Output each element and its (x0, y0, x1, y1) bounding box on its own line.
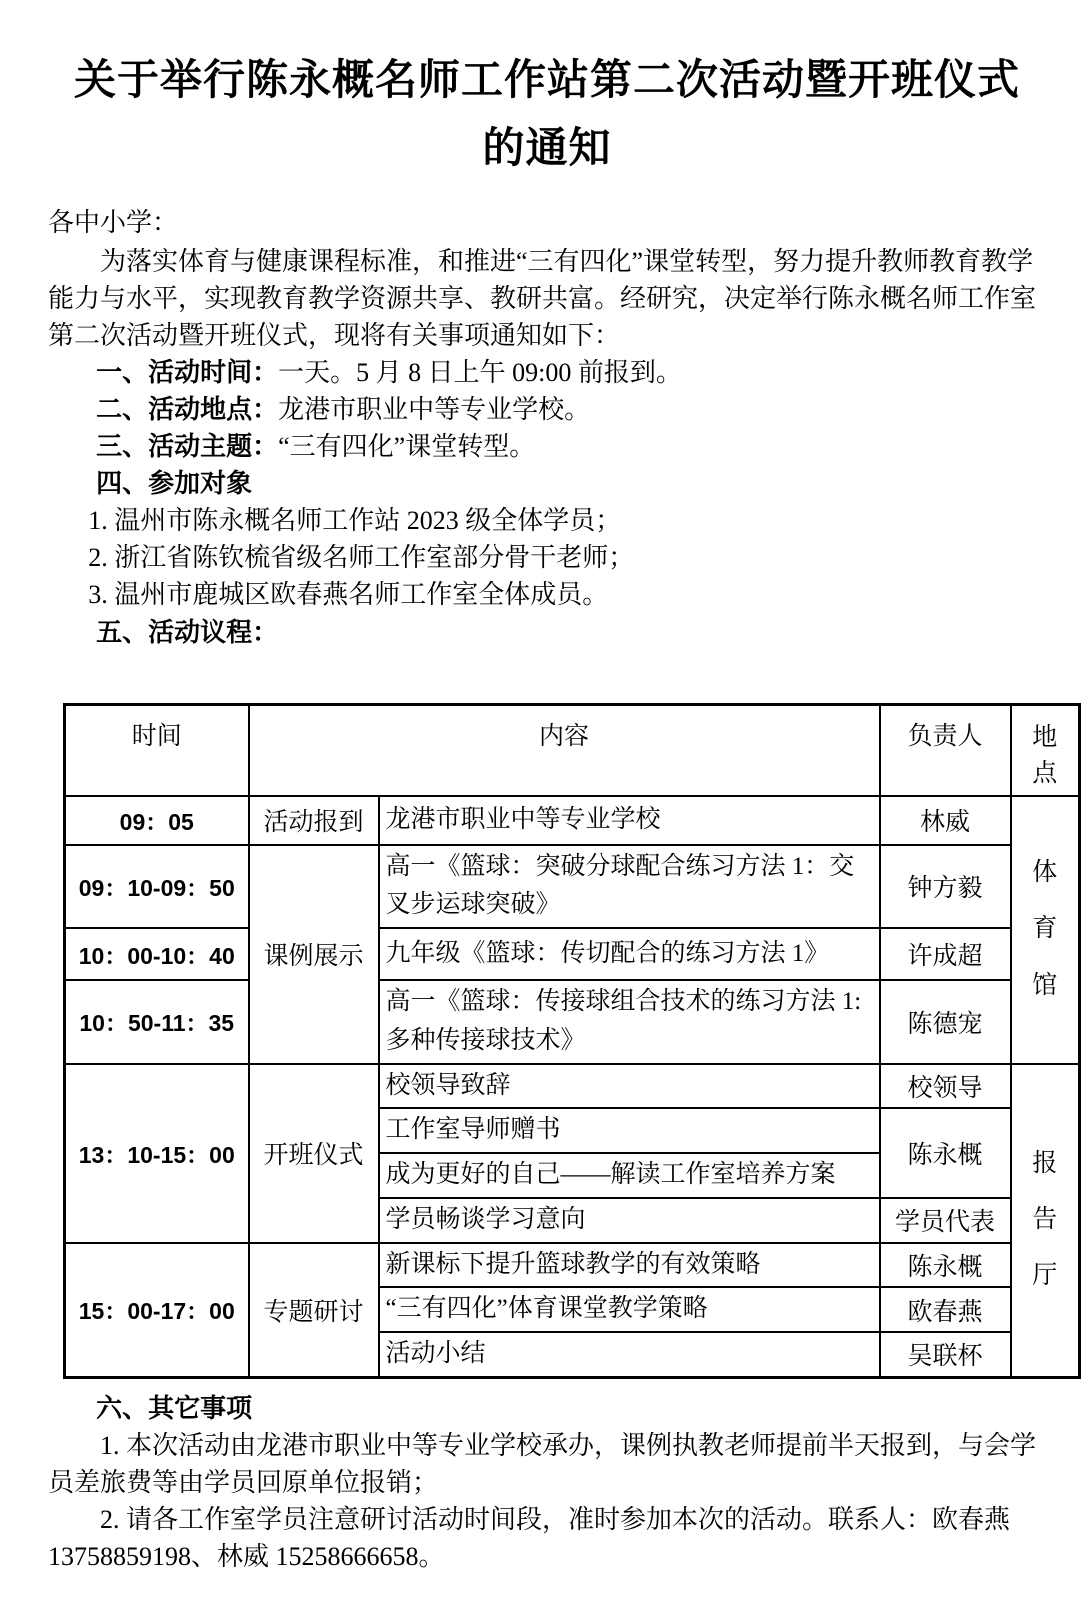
cell-content: 学员畅谈学习意向 (379, 1198, 880, 1243)
cell-content: “三有四化”体育课堂教学策略 (379, 1287, 880, 1332)
item-activity-time-text: 一天。5 月 8 日上午 09:00 前报到。 (278, 358, 682, 387)
cell-content: 高一《篮球：突破分球配合练习方法 1：交叉步运球突破》 (379, 845, 880, 929)
participant-line-1: 1. 温州市陈永概名师工作站 2023 级全体学员； (48, 502, 1046, 539)
cell-person: 学员代表 (880, 1198, 1011, 1243)
cell-person: 陈永概 (880, 1108, 1011, 1198)
table-row: 10：50-11：35 高一《篮球：传接球组合技术的练习方法 1:多种传接球技术… (65, 980, 1080, 1064)
cell-content: 活动小结 (379, 1332, 880, 1377)
cell-activity-type: 专题研讨 (249, 1243, 379, 1378)
item-activity-place-label: 二、活动地点： (96, 394, 278, 424)
table-header-row: 时间 内容 负责人 地点 (65, 705, 1080, 796)
table-row: 09：05 活动报到 龙港市职业中等专业学校 林威 体育馆 (65, 796, 1080, 845)
header-place: 地点 (1011, 705, 1080, 796)
cell-activity-type: 课例展示 (249, 845, 379, 1064)
cell-activity-type: 开班仪式 (249, 1064, 379, 1243)
notice-document: 关于举行陈永概名师工作站第二次活动暨开班仪式 的通知 各中小学： 为落实体育与健… (0, 0, 1092, 1605)
cell-time: 10：00-10：40 (65, 928, 249, 980)
item-activity-theme: 三、活动主题：“三有四化”课堂转型。 (48, 428, 1046, 465)
header-time: 时间 (65, 705, 249, 796)
cell-content: 校领导致辞 (379, 1064, 880, 1109)
cell-content: 九年级《篮球：传切配合的练习方法 1》 (379, 928, 880, 980)
agenda-table: 时间 内容 负责人 地点 09：05 活动报到 龙港市职业中等专业学校 林威 体… (63, 703, 1081, 1379)
cell-person: 校领导 (880, 1064, 1011, 1109)
table-row: 15：00-17：00 专题研讨 新课标下提升篮球教学的有效策略 陈永概 (65, 1243, 1080, 1288)
header-person: 负责人 (880, 705, 1011, 796)
item-activity-place: 二、活动地点：龙港市职业中等专业学校。 (48, 391, 1046, 428)
agenda-heading: 五、活动议程： (48, 613, 1046, 651)
participant-line-3: 3. 温州市鹿城区欧春燕名师工作室全体成员。 (48, 576, 1046, 613)
cell-person: 林威 (880, 796, 1011, 845)
header-content: 内容 (249, 705, 880, 796)
cell-content: 新课标下提升篮球教学的有效策略 (379, 1243, 880, 1288)
item-participants-heading-label: 四、参加对象 (96, 468, 252, 498)
table-row: 10：00-10：40 九年级《篮球：传切配合的练习方法 1》 许成超 (65, 928, 1080, 980)
other-matters-heading: 六、其它事项 (48, 1389, 1046, 1427)
item-activity-theme-text: “三有四化”课堂转型。 (278, 432, 535, 461)
table-row: 09：10-09：50 课例展示 高一《篮球：突破分球配合练习方法 1：交叉步运… (65, 845, 1080, 929)
cell-person: 钟方毅 (880, 845, 1011, 929)
cell-content: 工作室导师赠书 (379, 1108, 880, 1153)
cell-time: 09：05 (65, 796, 249, 845)
cell-person: 吴联杯 (880, 1332, 1011, 1377)
item-participants-heading: 四、参加对象 (48, 465, 1046, 502)
cell-person: 欧春燕 (880, 1287, 1011, 1332)
cell-content: 高一《篮球：传接球组合技术的练习方法 1:多种传接球技术》 (379, 980, 880, 1064)
page-title-line1: 关于举行陈永概名师工作站第二次活动暨开班仪式 (74, 56, 1020, 103)
item-activity-time-label: 一、活动时间： (96, 357, 278, 387)
cell-place-gym: 体育馆 (1011, 796, 1080, 1064)
cell-time: 10：50-11：35 (65, 980, 249, 1064)
cell-time: 13：10-15：00 (65, 1064, 249, 1243)
cell-person: 许成超 (880, 928, 1011, 980)
other-matters-section: 六、其它事项 1. 本次活动由龙港市职业中等专业学校承办，课例执教老师提前半天报… (48, 1389, 1046, 1575)
cell-content: 成为更好的自己——解读工作室培养方案 (379, 1153, 880, 1198)
cell-content: 龙港市职业中等专业学校 (379, 796, 880, 845)
note-line-1: 1. 本次活动由龙港市职业中等专业学校承办，课例执教老师提前半天报到，与会学员差… (48, 1427, 1046, 1501)
participant-line-2: 2. 浙江省陈钦梳省级名师工作室部分骨干老师； (48, 539, 1046, 576)
cell-person: 陈德宠 (880, 980, 1011, 1064)
salutation: 各中小学： (48, 204, 1046, 241)
cell-time: 15：00-17：00 (65, 1243, 249, 1378)
item-activity-theme-label: 三、活动主题： (96, 431, 278, 461)
cell-time: 09：10-09：50 (65, 845, 249, 929)
cell-person: 陈永概 (880, 1243, 1011, 1288)
item-activity-time: 一、活动时间：一天。5 月 8 日上午 09:00 前报到。 (48, 354, 1046, 391)
cell-place-hall: 报告厅 (1011, 1064, 1080, 1378)
cell-activity-type: 活动报到 (249, 796, 379, 845)
page-title-line2: 的通知 (482, 124, 611, 171)
item-activity-place-text: 龙港市职业中等专业学校。 (278, 395, 590, 424)
table-row: 13：10-15：00 开班仪式 校领导致辞 校领导 报告厅 (65, 1064, 1080, 1109)
note-line-2: 2. 请各工作室学员注意研讨活动时间段，准时参加本次的活动。联系人：欧春燕 13… (48, 1501, 1046, 1575)
intro-paragraph: 为落实体育与健康课程标准，和推进“三有四化”课堂转型，努力提升教师教育教学能力与… (48, 243, 1046, 354)
page-title: 关于举行陈永概名师工作站第二次活动暨开班仪式 的通知 (48, 46, 1046, 182)
